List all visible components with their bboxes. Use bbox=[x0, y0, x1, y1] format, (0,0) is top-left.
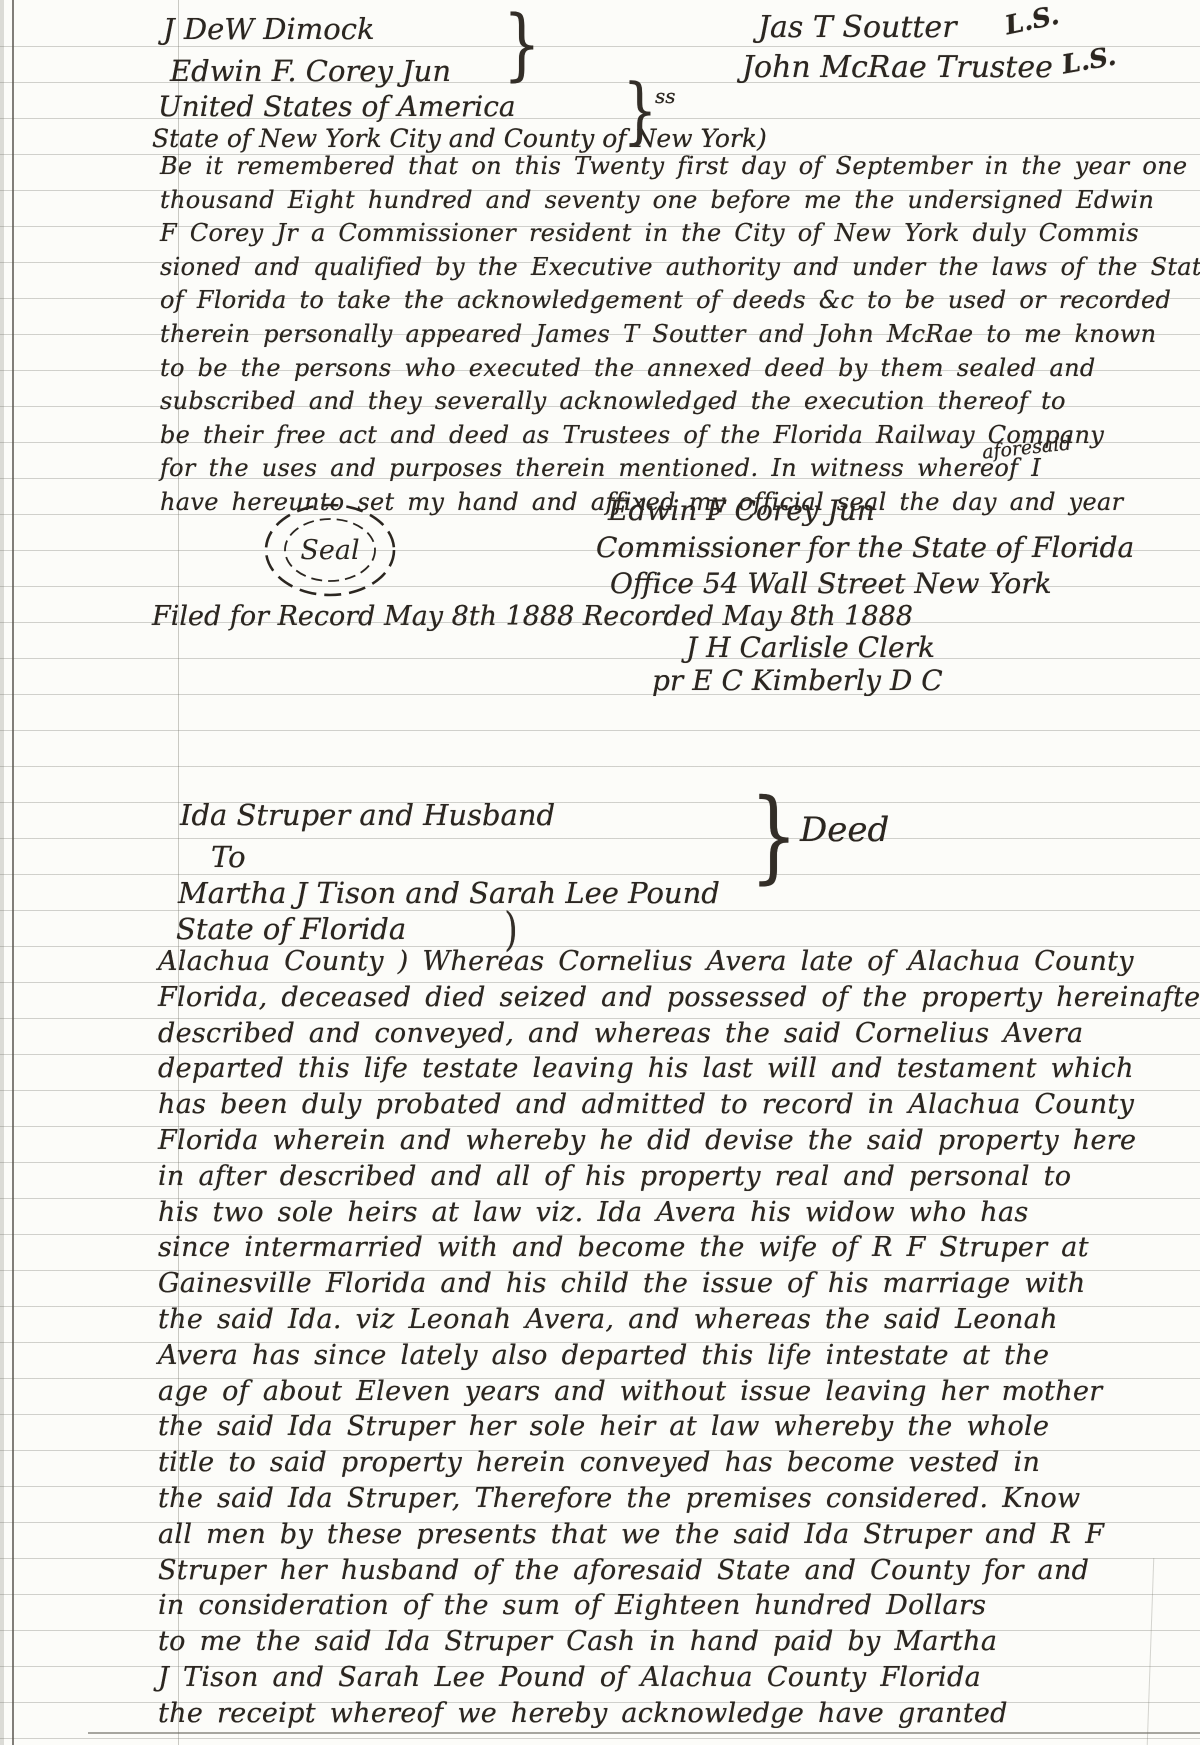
filed-for-record-line: Filed for Record May 8th 1888 Recorded M… bbox=[152, 601, 913, 632]
doc-type-label: Deed bbox=[800, 810, 889, 850]
paper-edge-shadow bbox=[0, 0, 4, 1745]
handwriting-line: in consideration of the sum of Eighteen … bbox=[158, 1588, 1200, 1624]
commissioner-signature: Edwin F Corey Jun bbox=[608, 494, 875, 527]
handwriting-line: the said Ida Struper her sole heir at la… bbox=[158, 1409, 1200, 1445]
clerk-signature: J H Carlisle Clerk bbox=[686, 631, 935, 664]
handwriting-line: Alachua County ) Whereas Cornelius Avera… bbox=[158, 944, 1200, 980]
caption-brace: } bbox=[503, 6, 540, 84]
handwriting-line: Florida, deceased died seized and posses… bbox=[158, 980, 1200, 1016]
handwriting-line: the said Ida. viz Leonah Avera, and wher… bbox=[158, 1302, 1200, 1338]
grantor-line: Ida Struper and Husband bbox=[180, 798, 555, 832]
grantees-line: Martha J Tison and Sarah Lee Pound bbox=[178, 876, 720, 910]
handwriting-line: sioned and qualified by the Executive au… bbox=[160, 251, 1200, 285]
state-line: State of Florida bbox=[176, 912, 406, 946]
handwriting-line: described and conveyed, and whereas the … bbox=[158, 1016, 1200, 1052]
ss-label: ss bbox=[655, 84, 676, 108]
handwriting-line: age of about Eleven years and without is… bbox=[158, 1374, 1200, 1410]
handwriting-line: Avera has since lately also departed thi… bbox=[158, 1338, 1200, 1374]
handwriting-line: the receipt whereof we hereby acknowledg… bbox=[158, 1696, 1200, 1732]
commissioner-address: Office 54 Wall Street New York bbox=[610, 567, 1052, 600]
handwriting-line: subscribed and they severally acknowledg… bbox=[160, 385, 1200, 419]
handwriting-line: therein personally appeared James T Sout… bbox=[160, 318, 1200, 352]
seal-word: Seal bbox=[300, 535, 359, 566]
handwriting-line: Florida wherein and whereby he did devis… bbox=[158, 1123, 1200, 1159]
handwriting-line: for the uses and purposes therein mentio… bbox=[160, 452, 1200, 486]
seal-flourish-1: L.S. bbox=[1002, 1, 1061, 42]
to-label: To bbox=[211, 840, 246, 874]
handwriting-line: his two sole heirs at law viz. Ida Avera… bbox=[158, 1195, 1200, 1231]
handwriting-line: of Florida to take the acknowledgement o… bbox=[160, 284, 1200, 318]
commissioner-title: Commissioner for the State of Florida bbox=[596, 531, 1134, 564]
signature-mcrae: John McRae Trustee bbox=[742, 50, 1053, 85]
acknowledgment-paragraph: Be it remembered that on this Twenty fir… bbox=[160, 150, 1200, 520]
handwriting-line: has been duly probated and admitted to r… bbox=[158, 1087, 1200, 1123]
handwriting-line: to be the persons who executed the annex… bbox=[160, 352, 1200, 386]
deed-brace: } bbox=[750, 786, 798, 886]
deed-paragraph: Alachua County ) Whereas Cornelius Avera… bbox=[158, 944, 1200, 1732]
handwriting-line: since intermarried with and become the w… bbox=[158, 1230, 1200, 1266]
handwriting-line: Gainesville Florida and his child the is… bbox=[158, 1266, 1200, 1302]
handwriting-line: to me the said Ida Struper Cash in hand … bbox=[158, 1624, 1200, 1660]
jurisdiction-line-2: State of New York City and County of New… bbox=[152, 124, 767, 153]
deputy-clerk-signature: pr E C Kimberly D C bbox=[652, 664, 943, 697]
handwriting-line: in after described and all of his proper… bbox=[158, 1159, 1200, 1195]
handwriting-line: the said Ida Struper, Therefore the prem… bbox=[158, 1481, 1200, 1517]
handwriting-line: all men by these presents that we the sa… bbox=[158, 1517, 1200, 1553]
signature-soutter: Jas T Soutter bbox=[758, 10, 957, 45]
deed-record-page: J DeW Dimock Edwin F. Corey Jun } United… bbox=[0, 0, 1200, 1745]
seal-drawing: Seal bbox=[258, 498, 402, 606]
paper-edge-line bbox=[12, 0, 14, 1745]
handwriting-line: Be it remembered that on this Twenty fir… bbox=[160, 150, 1200, 184]
handwriting-line: J Tison and Sarah Lee Pound of Alachua C… bbox=[158, 1660, 1200, 1696]
handwriting-line: Struper her husband of the aforesaid Sta… bbox=[158, 1553, 1200, 1589]
bottom-rule bbox=[88, 1732, 1200, 1734]
handwriting-line: thousand Eight hundred and seventy one b… bbox=[160, 184, 1200, 218]
caption-party-1: J DeW Dimock bbox=[163, 12, 375, 46]
jurisdiction-line-1: United States of America bbox=[158, 90, 516, 123]
handwriting-line: F Corey Jr a Commissioner resident in th… bbox=[160, 217, 1200, 251]
jurisdiction-brace: } bbox=[623, 74, 657, 146]
handwriting-line: departed this life testate leaving his l… bbox=[158, 1051, 1200, 1087]
handwriting-line: title to said property herein conveyed h… bbox=[158, 1445, 1200, 1481]
caption-party-2: Edwin F. Corey Jun bbox=[170, 54, 451, 88]
seal-flourish-2: L.S. bbox=[1060, 42, 1119, 81]
